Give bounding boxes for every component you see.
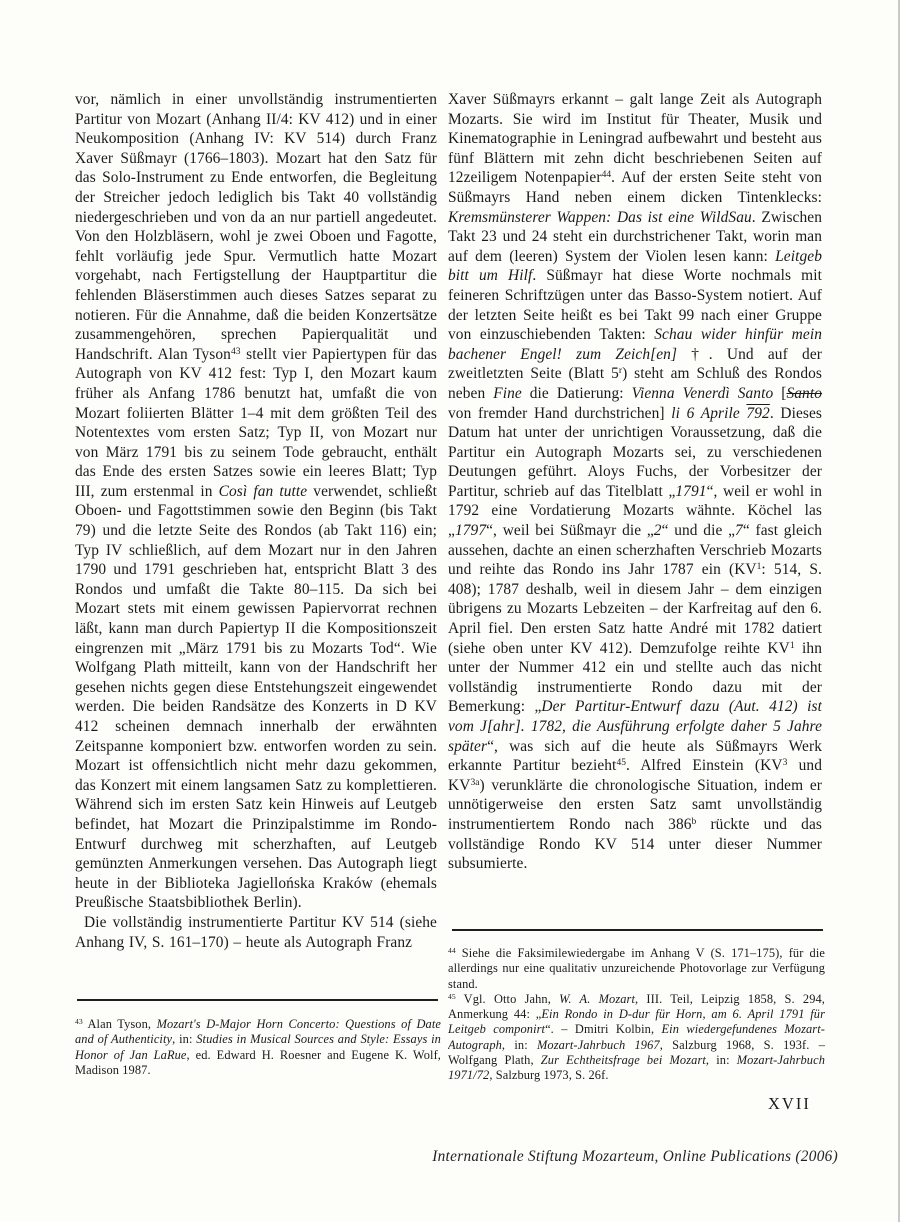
page-number: XVII — [768, 1094, 811, 1114]
footnote-block-right: 44 Siehe die Faksimilewiedergabe im Anha… — [448, 946, 825, 1094]
paragraph-kv514-intro: Die vollständig instrumentierte Partitur… — [75, 913, 437, 952]
paragraph-main-left: vor, nämlich in einer unvollständig inst… — [75, 90, 437, 913]
footnote-45: 45 Vgl. Otto Jahn, W. A. Mozart, III. Te… — [448, 992, 825, 1084]
footnote-block-left: 43 Alan Tyson, Mozart's D-Major Horn Con… — [75, 1017, 441, 1095]
paragraph-main-right: Xaver Süßmayrs erkannt – galt lange Zeit… — [448, 90, 822, 874]
text-column-left: vor, nämlich in einer unvollständig inst… — [75, 90, 437, 982]
footnote-rule-left — [77, 999, 438, 1001]
text-column-right: Xaver Süßmayrs erkannt – galt lange Zeit… — [448, 90, 822, 916]
footnote-43: 43 Alan Tyson, Mozart's D-Major Horn Con… — [75, 1017, 441, 1078]
footnote-rule-right — [452, 929, 823, 931]
footnote-44: 44 Siehe die Faksimilewiedergabe im Anha… — [448, 946, 825, 992]
footer-credit: Internationale Stiftung Mozarteum, Onlin… — [432, 1148, 838, 1166]
page: vor, nämlich in einer unvollständig inst… — [0, 0, 900, 1222]
